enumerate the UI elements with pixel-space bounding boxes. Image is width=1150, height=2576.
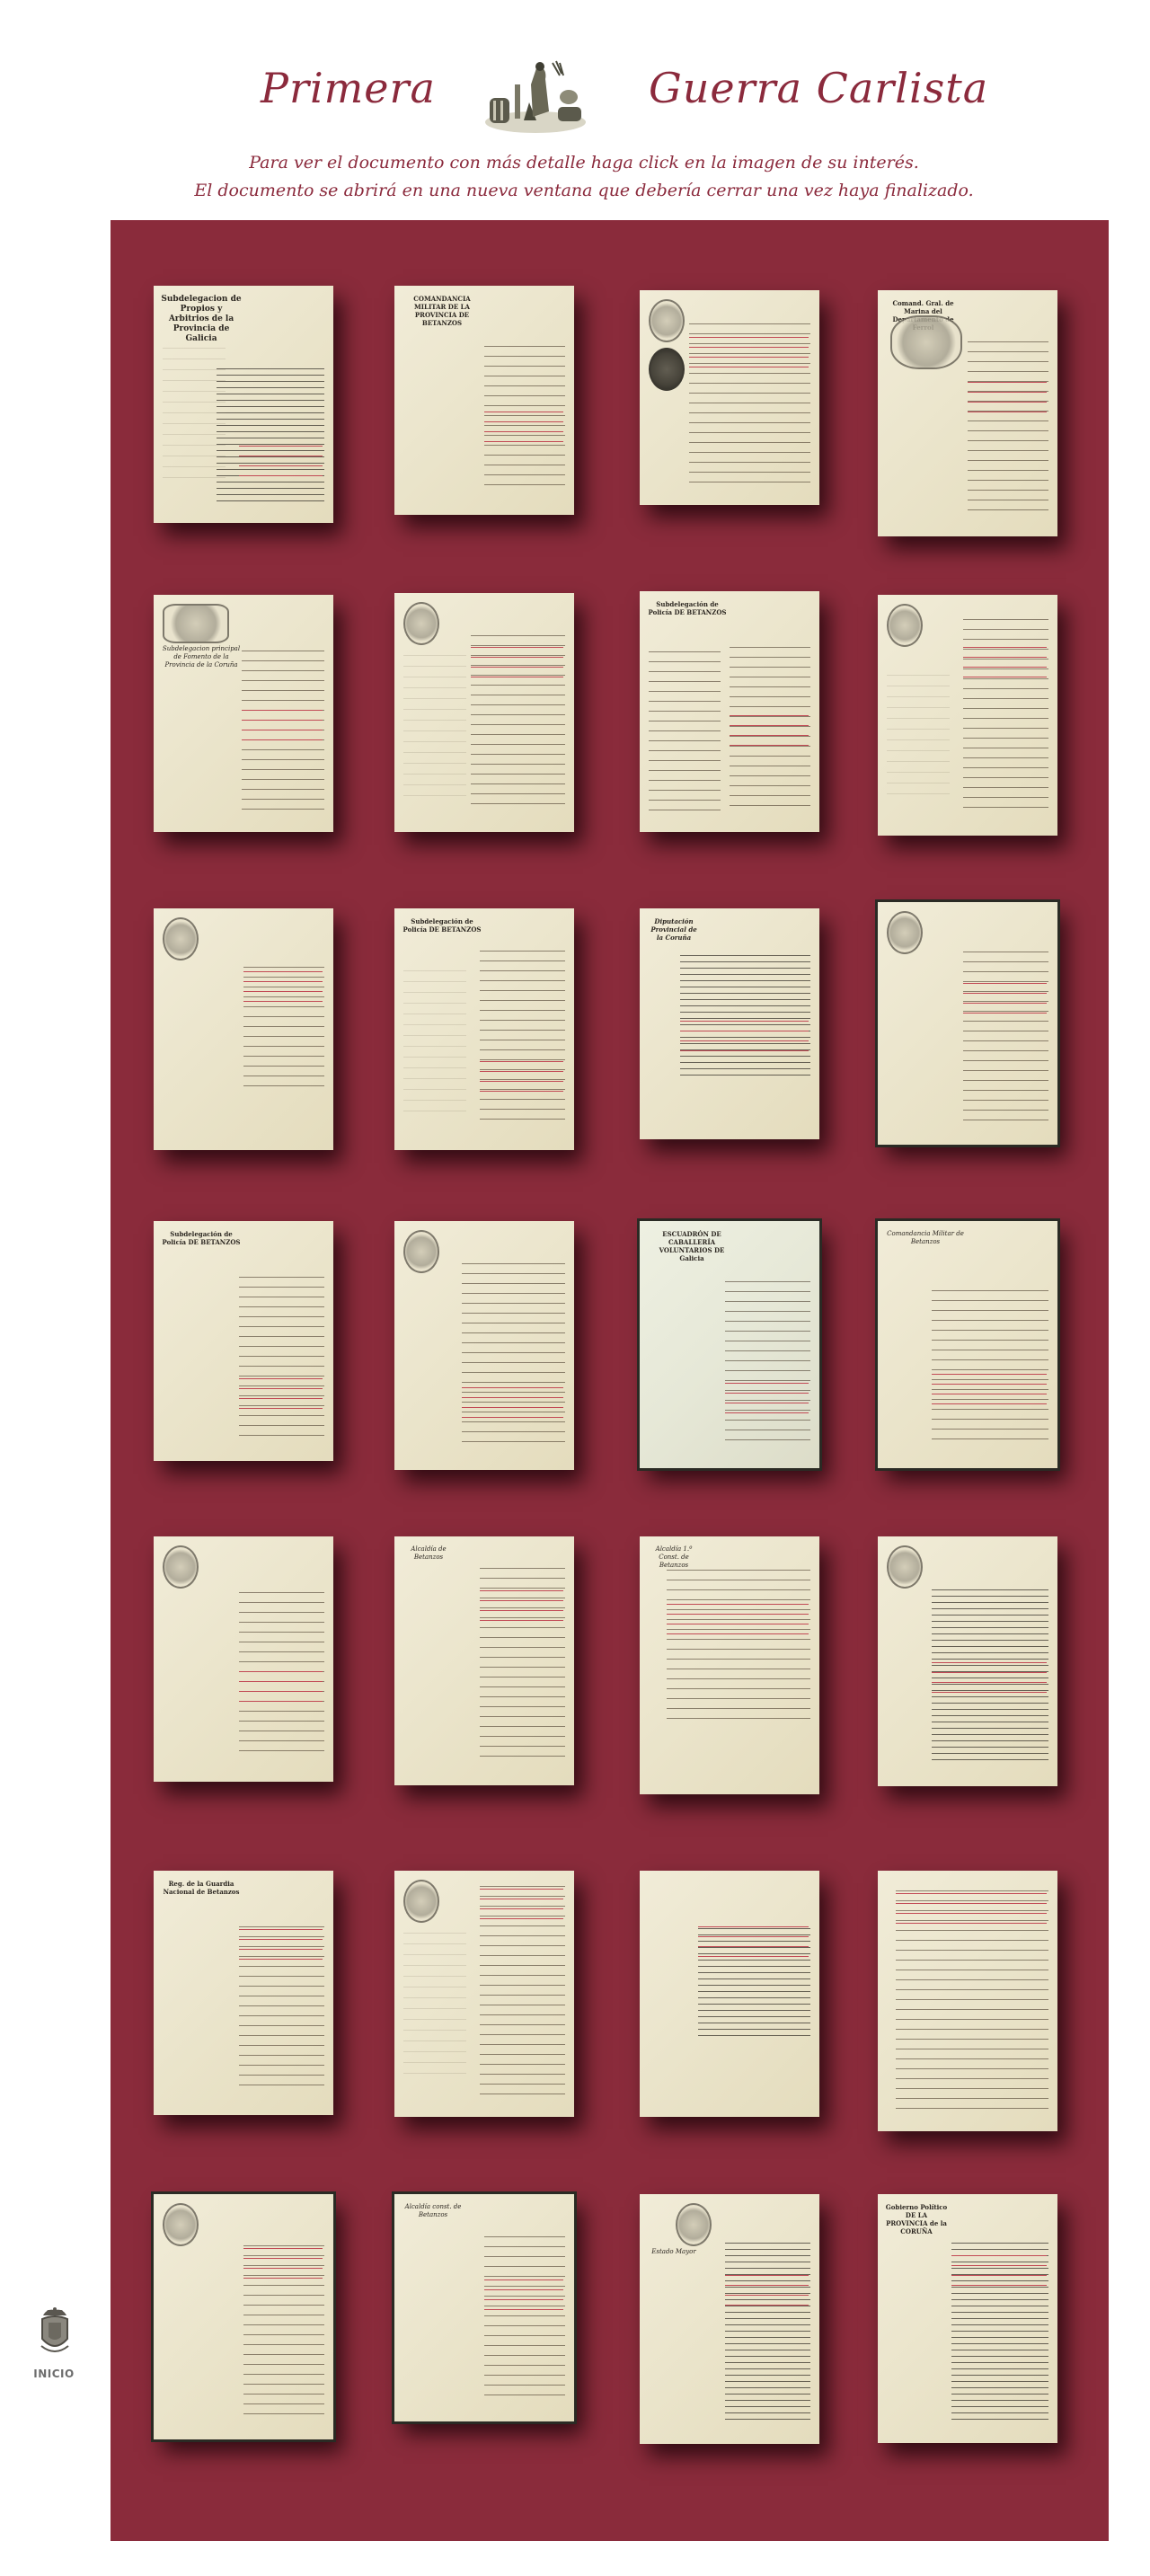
document-thumbnail[interactable]: Gobierno Político DE LA PROVINCIA de la … [878, 2194, 1057, 2443]
document-thumbnail[interactable]: ESCUADRÓN DE CABALLERÍA VOLUNTARIOS DE G… [640, 1221, 819, 1468]
document-thumbnail[interactable] [878, 595, 1057, 836]
document-thumbnail[interactable] [394, 1871, 574, 2117]
document-thumbnail[interactable]: COMANDANCIA MILITAR DE LA PROVINCIA DE B… [394, 286, 574, 515]
document-thumbnail[interactable]: Subdelegacion principal de Fomento de la… [154, 595, 333, 832]
document-thumbnail[interactable]: Subdelegación de Policía DE BETANZOS [394, 908, 574, 1150]
document-thumbnail[interactable] [154, 908, 333, 1150]
seal-icon [887, 1545, 923, 1589]
seal-icon [163, 917, 199, 960]
instruction-line-2: El documento se abrirá en una nueva vent… [0, 178, 1150, 203]
home-link[interactable]: INICIO [27, 2302, 81, 2387]
document-heading: ESCUADRÓN DE CABALLERÍA VOLUNTARIOS DE G… [647, 1230, 737, 1262]
seal-icon [887, 911, 923, 954]
document-thumbnail[interactable] [878, 1871, 1057, 2131]
document-heading: Subdelegacion principal de Fomento de la… [161, 645, 242, 669]
home-label: INICIO [27, 2368, 81, 2380]
seal-icon [403, 1230, 439, 1273]
document-heading: COMANDANCIA MILITAR DE LA PROVINCIA DE B… [402, 295, 482, 327]
document-thumbnail[interactable] [878, 1536, 1057, 1786]
seal-icon [163, 1545, 199, 1589]
allegorical-engraving-icon [482, 58, 588, 135]
document-thumbnail[interactable]: Estado Mayor [640, 2194, 819, 2444]
document-heading: Subdelegacion de Propios y Arbitrios de … [161, 295, 242, 344]
title-guerra-carlista: Guerra Carlista [649, 63, 988, 113]
document-thumbnail[interactable]: Alcaldía de Betanzos [394, 1536, 574, 1785]
document-thumbnail[interactable]: Alcaldía const. de Betanzos [394, 2194, 574, 2421]
document-thumbnail[interactable] [640, 290, 819, 505]
document-heading: Subdelegación de Policía DE BETANZOS [161, 1230, 242, 1246]
document-thumbnail[interactable] [394, 593, 574, 832]
document-thumbnail[interactable] [154, 2194, 333, 2439]
seal-icon [676, 2203, 712, 2246]
document-heading: Reg. de la Guardia Nacional de Betanzos [161, 1880, 242, 1896]
document-thumbnail[interactable] [154, 1536, 333, 1782]
document-heading: Subdelegación de Policía DE BETANZOS [402, 917, 482, 934]
document-thumbnail[interactable]: Subdelegacion de Propios y Arbitrios de … [154, 286, 333, 523]
seal-icon [403, 602, 439, 645]
document-heading: Comandancia Militar de Betanzos [885, 1230, 966, 1246]
document-heading: Alcaldía const. de Betanzos [402, 2203, 464, 2219]
document-heading: Estado Mayor [647, 2248, 701, 2256]
document-thumbnail[interactable] [878, 902, 1057, 1145]
document-thumbnail[interactable] [640, 1871, 819, 2117]
seal-icon [887, 604, 923, 647]
engraving-icon [163, 604, 229, 643]
seal-icon [403, 1880, 439, 1923]
document-heading: Gobierno Político DE LA PROVINCIA de la … [885, 2203, 948, 2235]
document-thumbnail[interactable]: Comand. Gral. de Marina del Departamento… [878, 290, 1057, 536]
seal-icon [649, 348, 685, 391]
document-thumbnail[interactable]: Reg. de la Guardia Nacional de Betanzos [154, 1871, 333, 2115]
document-thumbnail[interactable]: Diputación Provincial de la Coruña [640, 908, 819, 1139]
document-thumbnail[interactable]: Comandancia Militar de Betanzos [878, 1221, 1057, 1468]
seal-icon [649, 299, 685, 342]
document-thumbnail[interactable]: Subdelegación de Policía DE BETANZOS [640, 591, 819, 832]
coat-of-arms-icon [38, 2306, 72, 2359]
document-heading: Subdelegación de Policía DE BETANZOS [647, 600, 728, 616]
document-thumbnail[interactable] [394, 1221, 574, 1470]
instruction-line-1: Para ver el documento con más detalle ha… [0, 150, 1150, 175]
document-heading: Diputación Provincial de la Coruña [647, 917, 701, 942]
title-primera: Primera [261, 63, 436, 113]
ship-engraving-icon [890, 315, 962, 369]
document-heading: Alcaldía de Betanzos [402, 1545, 456, 1562]
document-thumbnail[interactable]: Alcaldía 1.º Const. de Betanzos [640, 1536, 819, 1794]
document-thumbnail[interactable]: Subdelegación de Policía DE BETANZOS [154, 1221, 333, 1461]
seal-icon [163, 2203, 199, 2246]
